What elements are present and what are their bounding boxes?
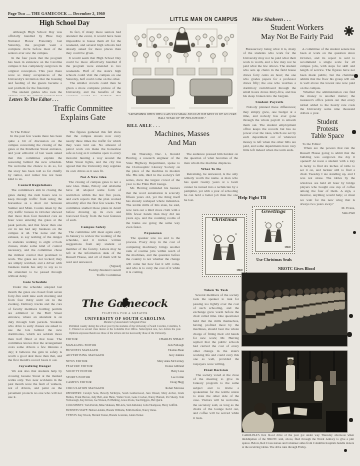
- ink-spot: [354, 74, 358, 78]
- feature-paragraph: On Thursday, Dec. 1, Ronald Herring, a r…: [126, 152, 180, 229]
- nrotc-gives-blood-heading: NROTC Gives Blood: [278, 266, 315, 271]
- workers-subhead: Student Payrolls: [243, 100, 296, 104]
- masthead-boilerplate: Published weekly during the school year …: [62, 324, 188, 335]
- masthead-columnists: COLUMNISTS: Tom Parrish, Mike Shaheen, B…: [62, 404, 188, 408]
- letters-paragraph: The committee's aim in closing the gates…: [8, 188, 62, 278]
- christmas-seal-right: Greetings 1960: [252, 206, 295, 254]
- protest-headline-line1: Student: [300, 119, 355, 126]
- masthead-staff-list: EDITORCHARLES SHEALY MANAGING EDITORJack…: [62, 337, 188, 391]
- feature-column-2-upper: The audience pressed him hardest on the …: [184, 152, 238, 207]
- masthead-university: UNIVERSITY OF SOUTH CAROLINA: [62, 316, 188, 321]
- seal-title: Greetings: [261, 211, 285, 215]
- nrotc-photo: [242, 273, 347, 346]
- editorial-column-1: Although High School Day was officially …: [8, 30, 62, 96]
- ink-spot: [347, 332, 352, 337]
- feature-paragraph: The society voted at the close of the me…: [193, 373, 239, 420]
- workers-paragraph: Bureaucracy being what it is, many of th…: [243, 47, 296, 98]
- protest-paragraph: To the Editor: When are the powers that …: [300, 142, 355, 206]
- cartoon-title: LITTLE MAN ON CAMPUS: [170, 17, 238, 23]
- feature-paragraph: The audience pressed him hardest on the …: [184, 152, 238, 165]
- seal-title: Christmas: [212, 219, 237, 223]
- feature-paragraph: The speaker saw no end to the process. E…: [126, 236, 180, 275]
- carolers-illustration: [208, 232, 242, 260]
- feature-headline-line2: And Man: [127, 139, 237, 147]
- cartoon-panel: [127, 24, 237, 112]
- letters-subhead: Jaywalking Danger: [8, 364, 62, 368]
- workers-column-2: A committee of the student senate has be…: [300, 47, 355, 253]
- letters-paragraph: Under the schedule adopted last month th…: [8, 285, 62, 362]
- letters-subhead: Gate Schedule: [8, 280, 62, 284]
- masthead-business-staff: BUSINESS STAFF: Herbert Adams, Brenda Wi…: [62, 409, 188, 413]
- feature-headline-line1: Machines, Masses: [127, 130, 237, 138]
- staff-row: CIRCULATION MANAGERRobert Marcuse: [66, 386, 184, 391]
- masthead: The Gamecock FIGHTING FOR A GREATER UNIV…: [62, 299, 188, 418]
- feature-paragraph: Retraining, he answered, is the only rem…: [184, 172, 238, 202]
- letter-signature: Traffic Committee: [66, 273, 121, 277]
- feature-subhead: What To Do: [184, 167, 238, 171]
- ink-spot: [349, 314, 353, 318]
- ink-spot: [352, 130, 356, 134]
- protest-headline-line3: Table Space: [300, 133, 355, 140]
- workers-headline-line2: May Not Be Fairly Paid: [241, 33, 353, 41]
- letters-column-2: The figures gathered this fall show that…: [66, 130, 121, 298]
- letters-paragraph: The committee will meet again early in J…: [66, 230, 121, 264]
- seal-year: 1960: [284, 246, 290, 249]
- letters-paragraph: To The Editor: In the past few weeks the…: [8, 130, 62, 181]
- carolers-illustration: [258, 220, 290, 242]
- editorial-headline: High School Day: [8, 20, 121, 27]
- cartoon-caption: "I REMEMBER WHEN THIS CLASS WUZ SMALL EN…: [127, 113, 237, 121]
- page-folio-header: Page Two — THE GAMECOCK — December 2, 19…: [8, 11, 105, 18]
- feature-subhead: Final Decision: [193, 368, 239, 372]
- help-fight-tb-heading: Help Fight TB: [238, 195, 266, 200]
- letters-subhead: Not A New Idea: [66, 175, 121, 179]
- protest-signature: Sims Hall: [300, 211, 355, 215]
- letters-paragraph: We ask also that students help by crossi…: [8, 369, 62, 399]
- workers-paragraph: Nobody planned these differences; they s…: [243, 105, 296, 152]
- feature-subhead: Expansion: [126, 231, 180, 235]
- blood-drive-photo: [242, 351, 347, 432]
- feature-column-2-lower: Taken To Task Several members of the soc…: [193, 286, 239, 463]
- rooster-icon: [121, 297, 130, 308]
- masthead-reporters: REPORTERS: Carolyn Sons, Beverly McIntyr…: [62, 392, 188, 403]
- letters-column-1: To The Editor: In the past few weeks the…: [8, 130, 62, 461]
- christmas-seal-left: Christmas 1960: [202, 214, 247, 277]
- ink-spot: [353, 231, 356, 234]
- ink-spot: [344, 449, 347, 452]
- photo-caption: CAROLINA'S first blood drive of the year…: [242, 434, 354, 455]
- feature-kicker: BILL ARLE . . .: [127, 123, 160, 128]
- letters-subhead: Council Regulations: [8, 183, 62, 187]
- letters-subhead: Campus Safety: [66, 225, 121, 229]
- masthead-tagline: FIGHTING FOR A GREATER: [62, 312, 188, 315]
- protest-headline-line2: Protests: [300, 126, 355, 133]
- newspaper-page: Page Two — THE GAMECOCK — December 2, 19…: [0, 0, 360, 466]
- letters-paragraph: The closing of campus gates is not a new…: [66, 180, 121, 223]
- feature-subhead: Taken To Task: [193, 288, 239, 292]
- feature-paragraph: Several members of the society took the …: [193, 293, 239, 366]
- editorial-column-2: In fact, if many more seniors had attend…: [66, 30, 121, 96]
- use-christmas-seals-caption: Use Christmas Seals: [248, 257, 300, 262]
- workers-paragraph: A committee of the student senate has be…: [300, 47, 355, 116]
- ink-spot: [349, 418, 353, 422]
- letters-headline-line2: Explains Gate: [42, 114, 124, 122]
- ink-star-artifact: [344, 26, 354, 36]
- letters-paragraph: The figures gathered this fall show that…: [66, 130, 121, 173]
- masthead-logo: The Gamecock: [62, 299, 188, 311]
- feature-column-1: On Thursday, Dec. 1, Ronald Herring, a r…: [126, 152, 180, 297]
- masthead-typists: TYPISTS: Kay Woods, Harriett Turner, Bre…: [62, 414, 188, 418]
- letters-kicker: Letters To The Editor . . .: [9, 98, 59, 103]
- workers-column-1: Bureaucracy being what it is, many of th…: [243, 47, 296, 193]
